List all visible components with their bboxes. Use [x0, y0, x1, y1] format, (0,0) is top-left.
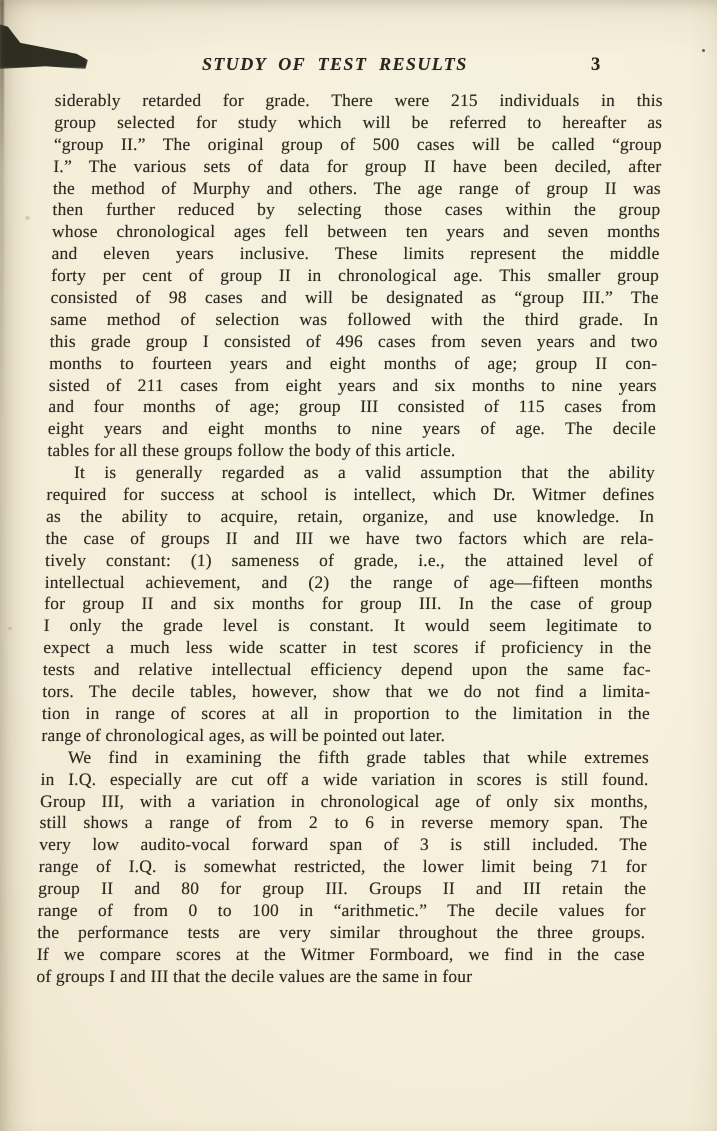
text-line: of groups I and III that the decile valu… — [36, 966, 644, 988]
text-line: I only the grade level is constant. It w… — [44, 615, 652, 637]
text-line: very low audito-vocal forward span of 3 … — [39, 834, 647, 856]
text-line: whose chronological ages fell between te… — [52, 221, 660, 243]
text-line: expect a much less wide scatter in test … — [43, 637, 651, 659]
text-line: in I.Q. especially are cut off a wide va… — [40, 769, 648, 791]
scan-edge-shading — [0, 0, 4, 420]
text-line: It is generally regarded as a valid assu… — [47, 462, 655, 484]
text-line: this grade group I consisted of 496 case… — [49, 331, 657, 353]
text-line: the performance tests are very similar t… — [37, 922, 645, 944]
text-line: Group III, with a variation in chronolog… — [40, 791, 648, 813]
scan-speck — [25, 216, 30, 220]
text-line: range of from 0 to 100 in “arithmetic.” … — [38, 900, 646, 922]
text-line: group II and 80 for group III. Groups II… — [38, 878, 646, 900]
page-number: 3 — [591, 55, 600, 76]
text-line: group selected for study which will be r… — [54, 112, 662, 134]
text-line: intellectual achievement, and (2) the ra… — [44, 572, 652, 594]
text-line: We find in examining the fifth grade tab… — [41, 747, 649, 769]
scan-speck — [702, 49, 705, 52]
book-page: STUDY OF TEST RESULTS 3 siderably retard… — [0, 0, 717, 1131]
text-line: tables for all these groups follow the b… — [47, 440, 655, 462]
running-head-title: STUDY OF TEST RESULTS — [202, 54, 468, 75]
text-line: still shows a range of from 2 to 6 in re… — [39, 812, 647, 834]
scan-spine-shadow — [0, 24, 88, 69]
text-line: siderably retarded for grade. There were… — [55, 90, 663, 112]
text-line: then further reduced by selecting those … — [52, 199, 660, 221]
text-line: tively constant: (1) sameness of grade, … — [45, 550, 653, 572]
text-line: sisted of 211 cases from eight years and… — [49, 375, 657, 397]
text-line: the case of groups II and III we have tw… — [45, 528, 653, 550]
text-line: tion in range of scores at all in propor… — [42, 703, 650, 725]
text-line: tests and relative intellectual efficien… — [43, 659, 651, 681]
text-line: range of chronological ages, as will be … — [41, 725, 649, 747]
text-line: months to fourteen years and eight month… — [49, 353, 657, 375]
text-line: If we compare scores at the Witmer Formb… — [37, 944, 645, 966]
text-line: I.” The various sets of data for group I… — [53, 156, 661, 178]
text-line: as the ability to acquire, retain, organ… — [46, 506, 654, 528]
text-line: for group II and six months for group II… — [44, 593, 652, 615]
text-line: consisted of 98 cases and will be design… — [50, 287, 658, 309]
page-text: siderably retarded for grade. There were… — [36, 90, 663, 988]
text-line: and eleven years inclusive. These limits… — [51, 243, 659, 265]
text-line: eight years and eight months to nine yea… — [48, 418, 656, 440]
text-line: and four months of age; group III consis… — [48, 396, 656, 418]
text-line: required for success at school is intell… — [46, 484, 654, 506]
text-line: forty per cent of group II in chronologi… — [51, 265, 659, 287]
text-line: “group II.” The original group of 500 ca… — [54, 134, 662, 156]
scan-speck — [8, 627, 12, 630]
text-line: range of I.Q. is somewhat restricted, th… — [38, 856, 646, 878]
text-line: the method of Murphy and others. The age… — [53, 178, 661, 200]
text-line: tors. The decile tables, however, show t… — [42, 681, 650, 703]
text-line: same method of selection was followed wi… — [50, 309, 658, 331]
